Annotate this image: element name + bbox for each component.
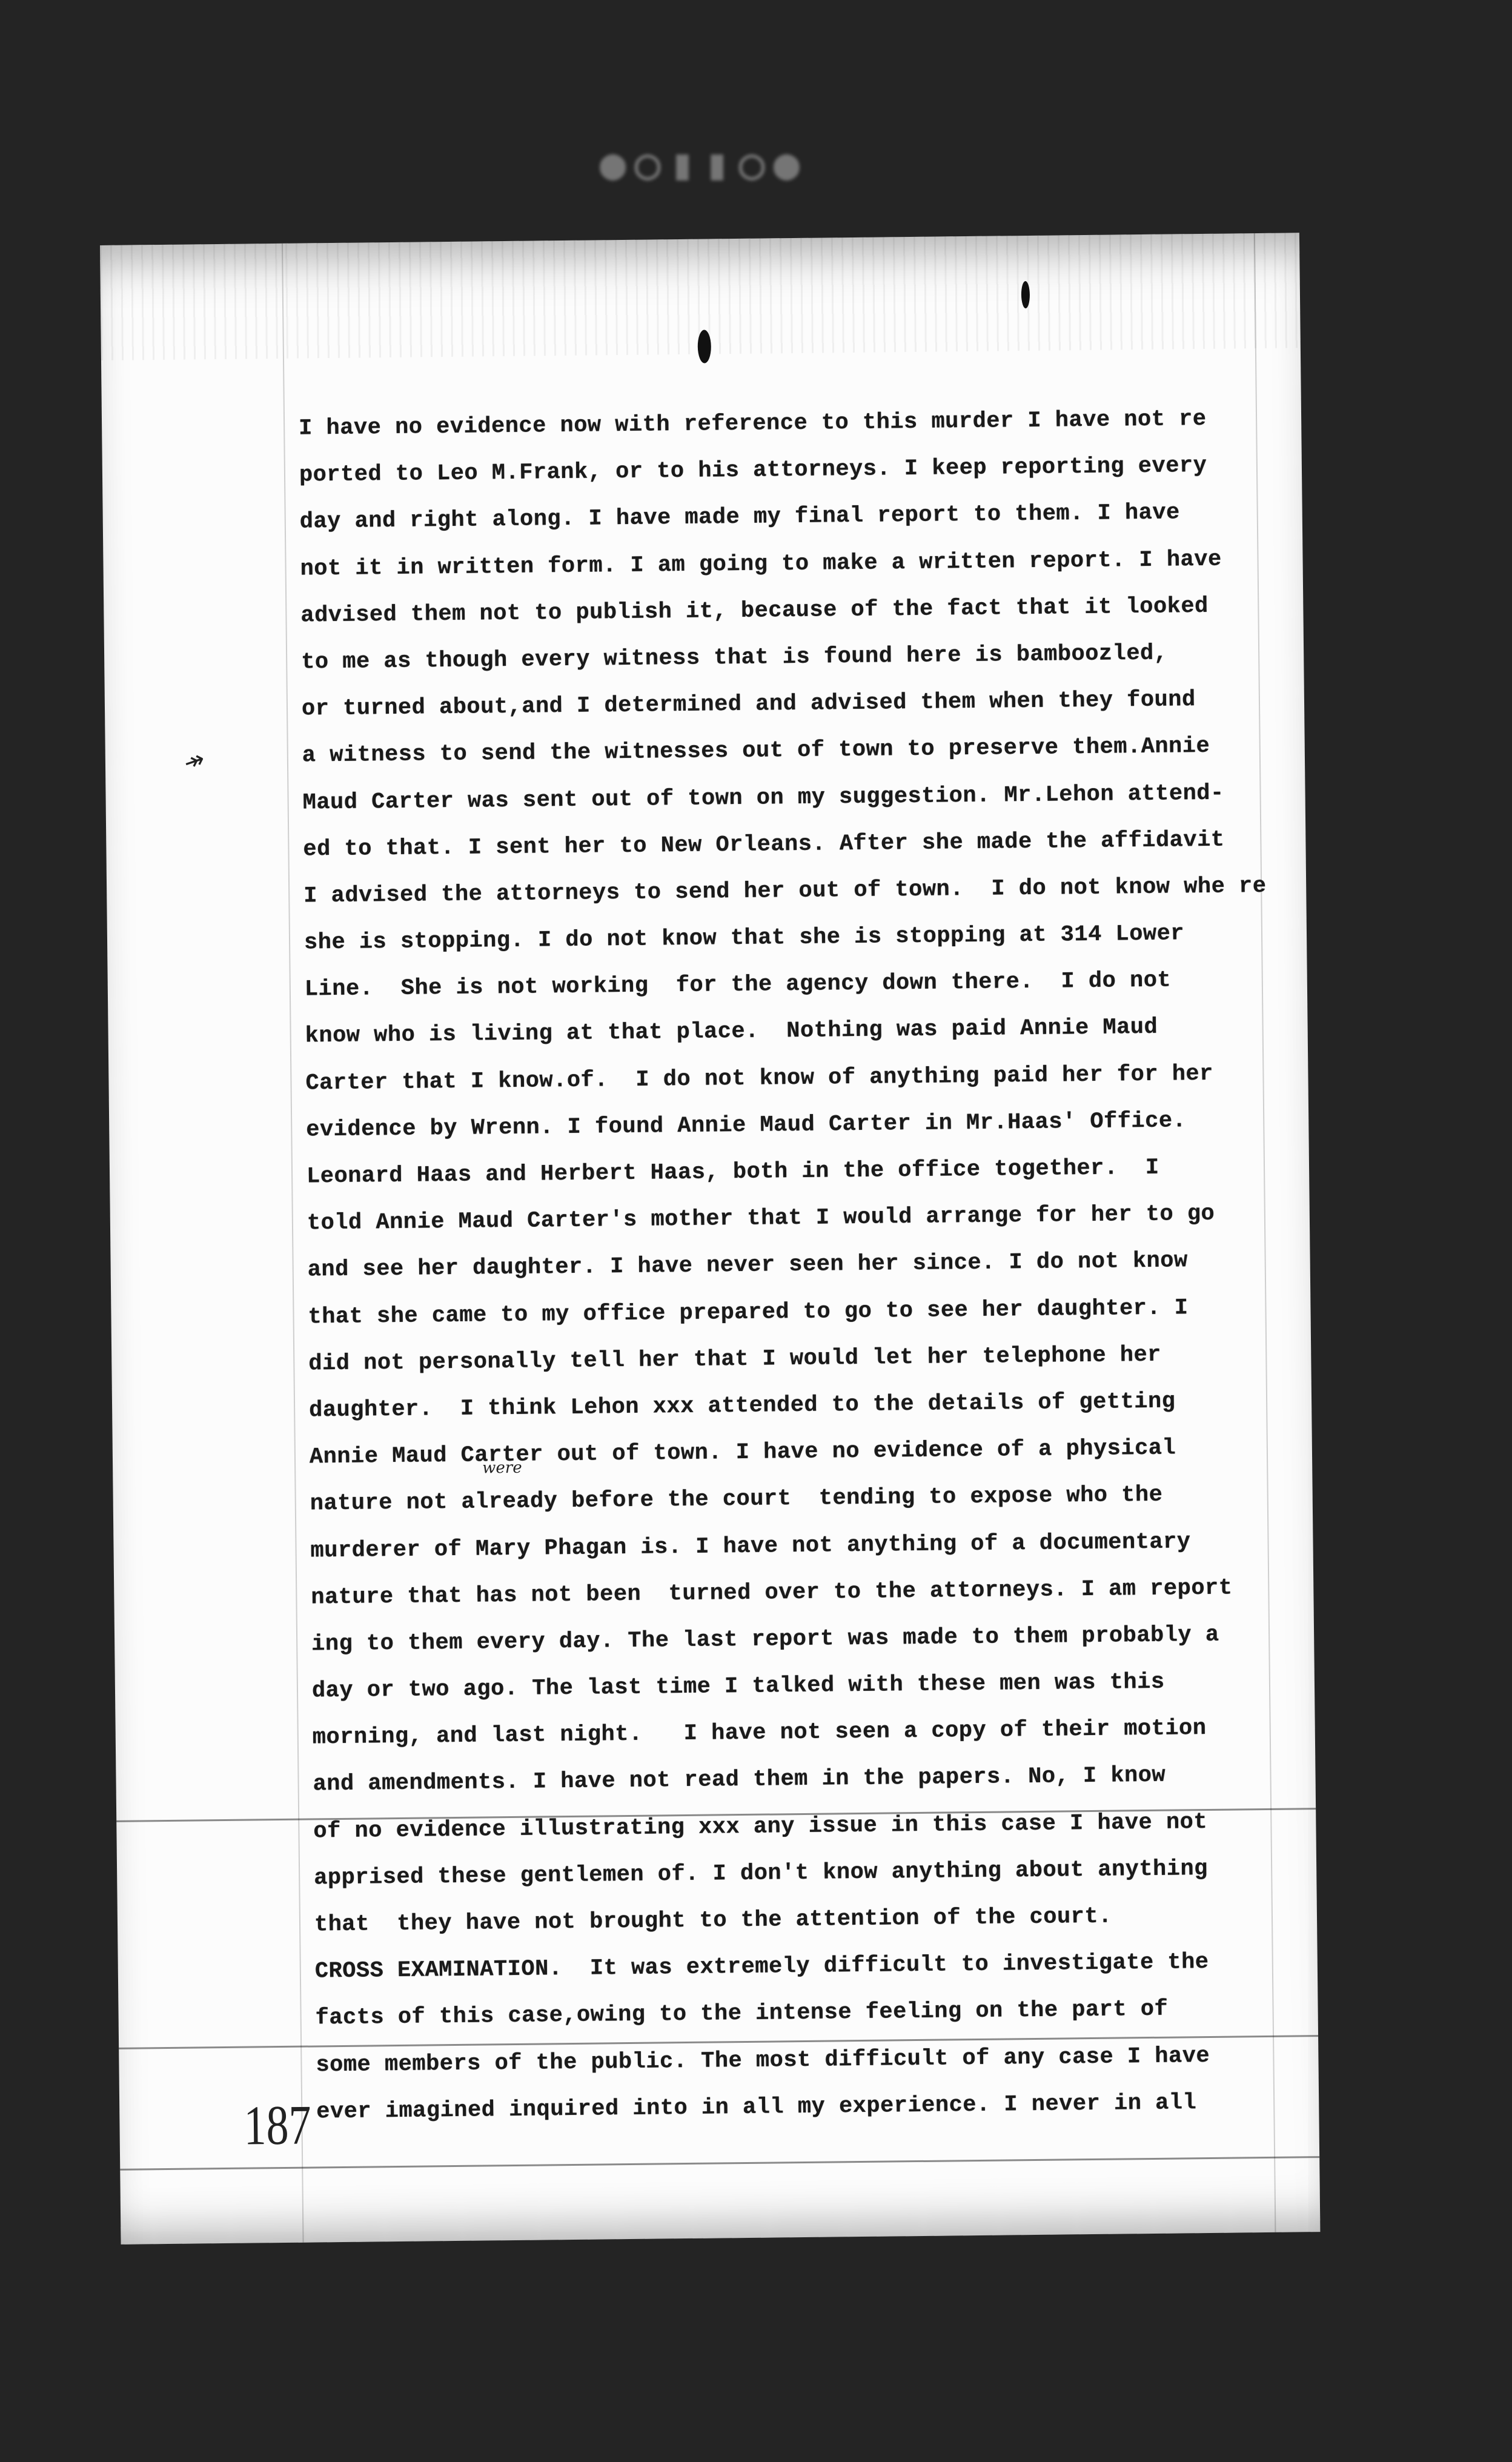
text-line: ever imagined inquired into in all my ex… bbox=[316, 2079, 1283, 2135]
page-number: 187 bbox=[244, 2094, 311, 2158]
ink-blot bbox=[1021, 281, 1030, 308]
document-page: ↠ were I have no evidence now with refer… bbox=[100, 233, 1320, 2245]
fold-line-3 bbox=[120, 2156, 1319, 2171]
microfilm-frame-stamp: ●○▮▮○● bbox=[600, 138, 808, 189]
margin-arrow-mark: ↠ bbox=[180, 745, 208, 777]
testimony-text: I have no evidence now with reference to… bbox=[299, 396, 1283, 2135]
ink-blot bbox=[698, 330, 712, 363]
